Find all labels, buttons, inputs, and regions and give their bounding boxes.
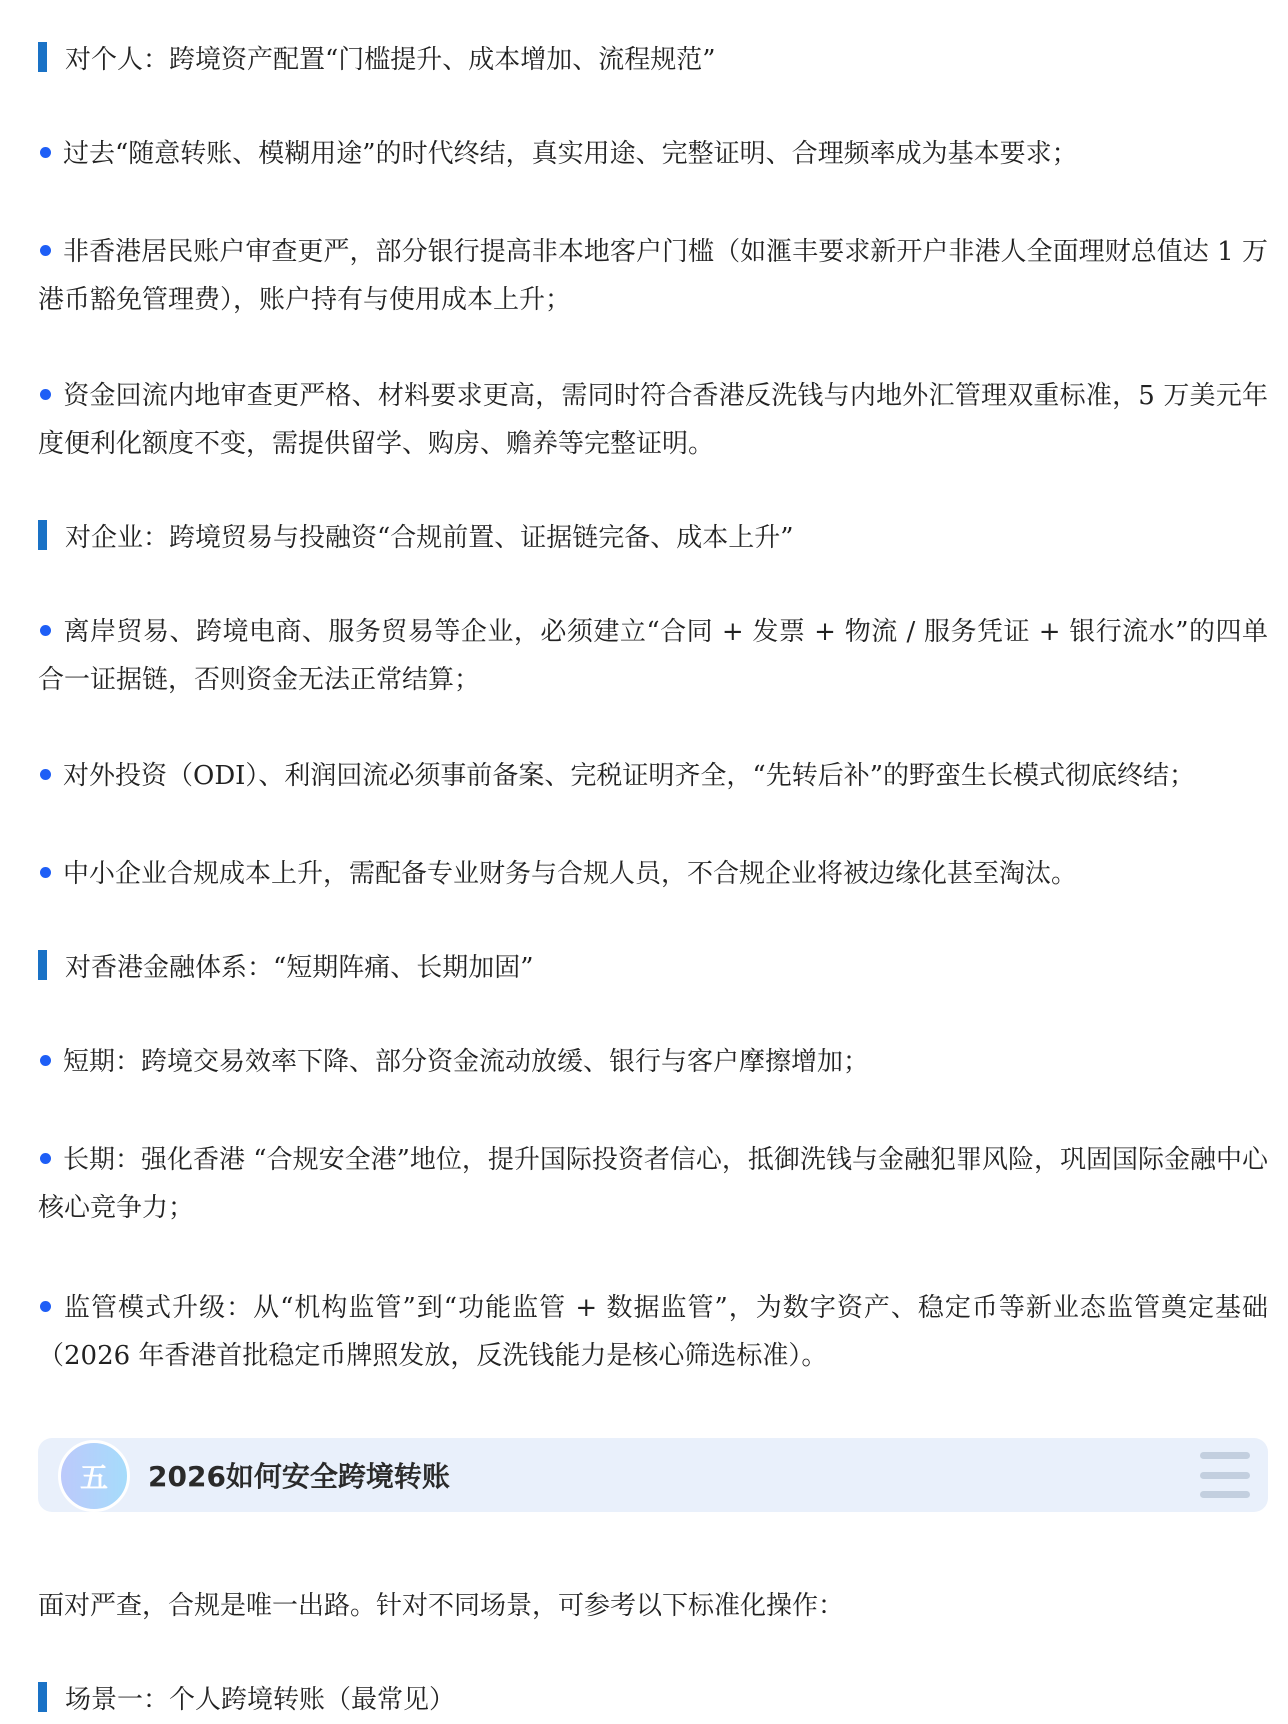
bullet-dot-icon — [40, 867, 51, 878]
section-title: 2026如何安全跨境转账 — [148, 1438, 450, 1512]
section-header: 五 2026如何安全跨境转账 — [38, 1438, 1268, 1512]
accent-bar — [38, 520, 47, 550]
section-number: 五 — [58, 1440, 130, 1512]
sub-heading-text: 对香港金融体系：“短期阵痛、长期加固” — [65, 947, 534, 984]
accent-bar — [38, 42, 47, 72]
sub-heading-text: 对企业：跨境贸易与投融资“合规前置、证据链完备、成本上升” — [65, 517, 794, 554]
bullet-dot-icon — [40, 245, 51, 256]
accent-bar — [38, 950, 47, 980]
bullet-dot-icon — [40, 389, 51, 400]
list-item: 非香港居民账户审查更严，部分银行提高非本地客户门槛（如滙丰要求新开户非港人全面理… — [38, 228, 1268, 324]
sub-heading-text: 场景一：个人跨境转账（最常见） — [65, 1679, 455, 1716]
bullet-dot-icon — [40, 1301, 51, 1312]
list-item: 监管模式升级：从“机构监管”到“功能监管 + 数据监管”，为数字资产、稳定币等新… — [38, 1284, 1268, 1380]
bullet-dot-icon — [40, 147, 51, 158]
sub-heading-individuals: 对个人：跨境资产配置“门槛提升、成本增加、流程规范” — [38, 40, 716, 74]
list-item: 长期：强化香港 “合规安全港”地位，提升国际投资者信心，抵御洗钱与金融犯罪风险，… — [38, 1136, 1268, 1232]
section-number-badge: 五 — [58, 1438, 154, 1512]
accent-bar — [38, 1682, 47, 1712]
sub-heading-hk-finance: 对香港金融体系：“短期阵痛、长期加固” — [38, 948, 534, 982]
bullet-dot-icon — [40, 769, 51, 780]
list-item: 对外投资（ODI）、利润回流必须事前备案、完税证明齐全，“先转后补”的野蛮生长模… — [38, 752, 1268, 800]
bullet-dot-icon — [40, 625, 51, 636]
menu-line — [1200, 1472, 1250, 1479]
hamburger-menu-icon — [1200, 1452, 1250, 1498]
bullet-dot-icon — [40, 1153, 51, 1164]
bullet-dot-icon — [40, 1055, 51, 1066]
list-item: 中小企业合规成本上升，需配备专业财务与合规人员，不合规企业将被边缘化甚至淘汰。 — [38, 850, 1268, 898]
list-item: 短期：跨境交易效率下降、部分资金流动放缓、银行与客户摩擦增加； — [38, 1038, 1268, 1086]
sub-heading-text: 对个人：跨境资产配置“门槛提升、成本增加、流程规范” — [65, 39, 716, 76]
sub-heading-scenario-one: 场景一：个人跨境转账（最常见） — [38, 1680, 455, 1714]
list-item: 离岸贸易、跨境电商、服务贸易等企业，必须建立“合同 + 发票 + 物流 / 服务… — [38, 608, 1268, 704]
menu-line — [1200, 1452, 1250, 1459]
menu-line — [1200, 1491, 1250, 1498]
list-item: 资金回流内地审查更严格、材料要求更高，需同时符合香港反洗钱与内地外汇管理双重标准… — [38, 372, 1268, 468]
list-item: 过去“随意转账、模糊用途”的时代终结，真实用途、完整证明、合理频率成为基本要求； — [38, 130, 1268, 178]
intro-paragraph: 面对严查，合规是唯一出路。针对不同场景，可参考以下标准化操作： — [38, 1582, 1268, 1630]
sub-heading-enterprises: 对企业：跨境贸易与投融资“合规前置、证据链完备、成本上升” — [38, 518, 794, 552]
